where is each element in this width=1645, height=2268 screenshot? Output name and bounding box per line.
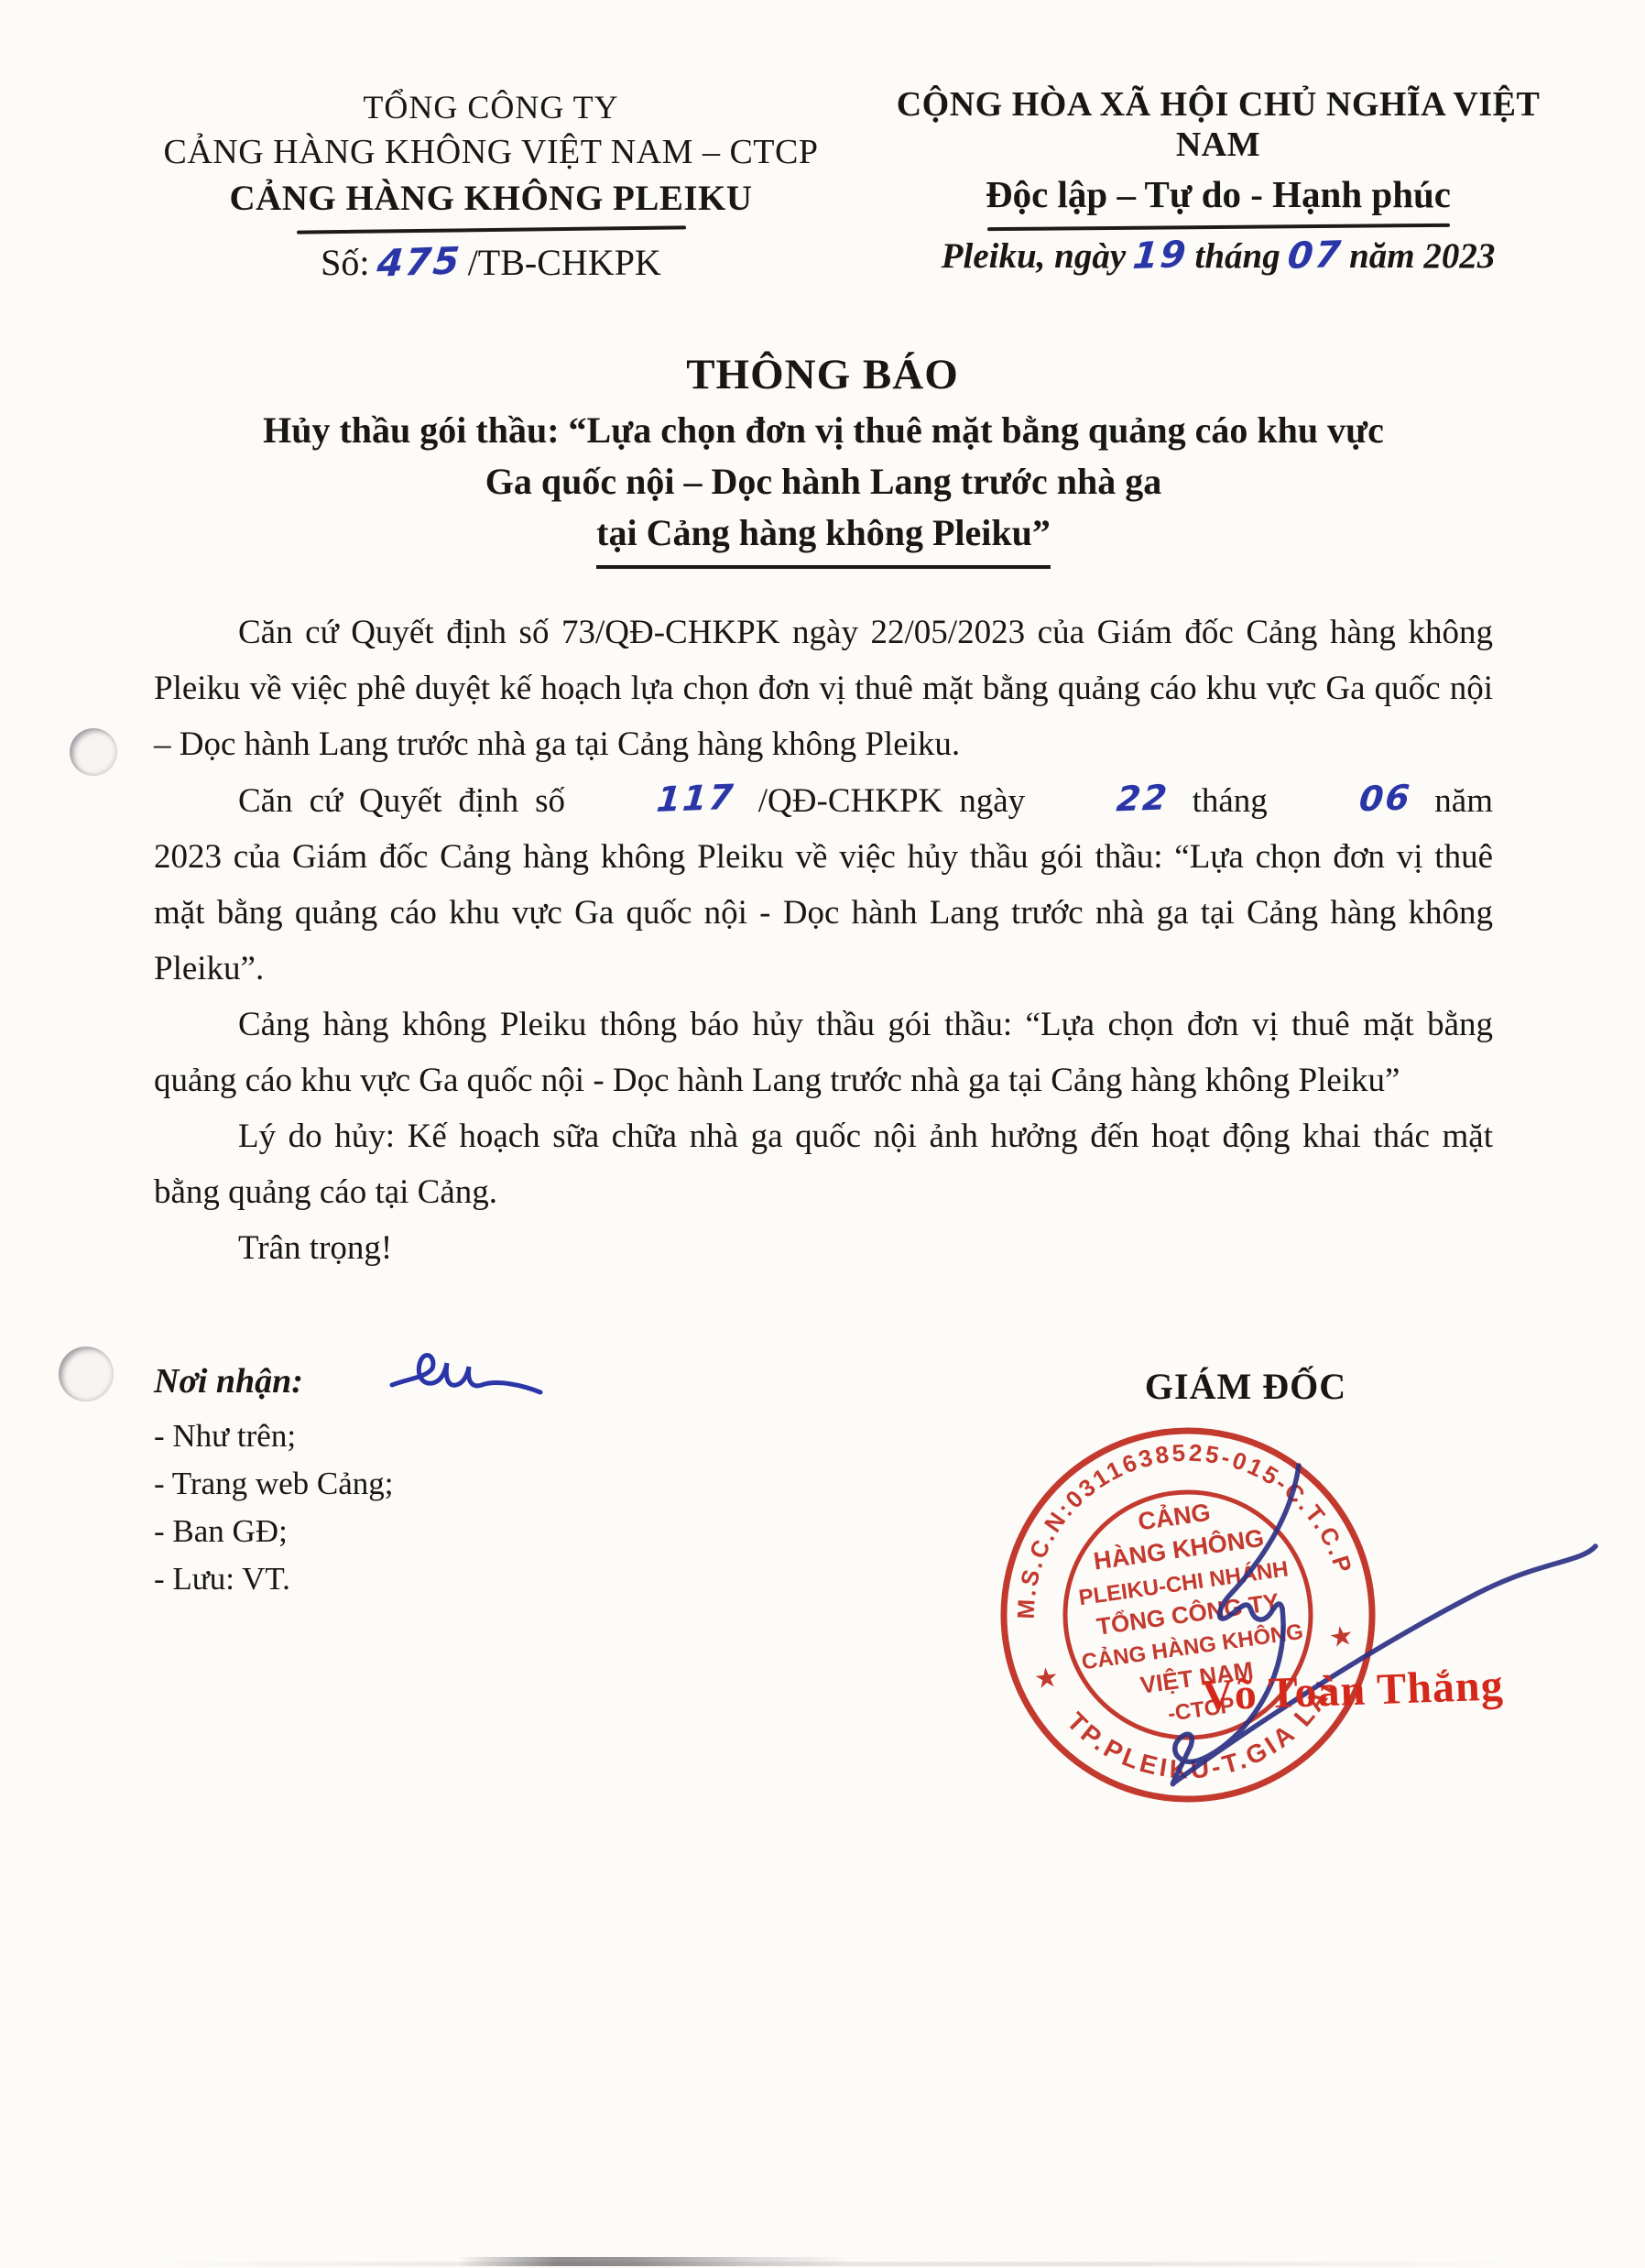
- date-thang: tháng: [1195, 236, 1280, 276]
- recipient-item: - Lưu: VT.: [154, 1555, 740, 1603]
- document-number-label: Số:: [321, 242, 369, 283]
- subtitle-line-3: tại Cảng hàng không Pleiku”: [154, 507, 1493, 569]
- issuer-airport: CẢNG HÀNG KHÔNG PLEIKU: [125, 178, 857, 219]
- seal-star-left-icon: ★: [1029, 1663, 1064, 1694]
- issuer-corporation: CẢNG HÀNG KHÔNG VIỆT NAM – CTCP: [125, 132, 857, 172]
- date-month-handwritten: 07: [1286, 234, 1345, 278]
- paragraph-announcement: Cảng hàng không Pleiku thông báo hủy thầ…: [154, 997, 1493, 1108]
- document-number-line: Số:475/TB-CHKPK: [125, 240, 857, 284]
- closing-line: Trân trọng!: [154, 1220, 1493, 1276]
- scanned-document-page: TỔNG CÔNG TY CẢNG HÀNG KHÔNG VIỆT NAM – …: [0, 0, 1645, 2268]
- signer-position-title: GIÁM ĐỐC: [1017, 1365, 1475, 1408]
- motto-underline: [986, 224, 1449, 231]
- document-title: THÔNG BÁO: [0, 350, 1645, 399]
- date-year: năm 2023: [1349, 236, 1495, 276]
- document-number-suffix: /TB-CHKPK: [468, 242, 661, 283]
- decision-day-handwritten: 22: [1029, 769, 1171, 830]
- document-subtitle: Hủy thầu gói thầu: “Lựa chọn đơn vị thuê…: [154, 405, 1493, 569]
- national-title: CỘNG HÒA XÃ HỘI CHỦ NGHĨA VIỆT NAM: [870, 84, 1566, 165]
- date-prefix: Pleiku, ngày: [942, 236, 1127, 276]
- hole-punch-artifact: [59, 1347, 114, 1401]
- national-motto: Độc lập – Tự do - Hạnh phúc: [870, 172, 1566, 216]
- recipient-item: - Như trên;: [154, 1412, 740, 1460]
- issuer-underline: [296, 225, 685, 234]
- recipients-block: Nơi nhận: - Như trên; - Trang web Cảng; …: [154, 1361, 740, 1603]
- paragraph-reason: Lý do hủy: Kế hoạch sữa chữa nhà ga quốc…: [154, 1108, 1493, 1220]
- signer-name: Võ Toàn Thắng: [1201, 1660, 1504, 1720]
- document-body: Căn cứ Quyết định số 73/QĐ-CHKPK ngày 22…: [154, 605, 1493, 1276]
- hole-punch-artifact: [70, 728, 117, 776]
- date-day-handwritten: 19: [1131, 234, 1190, 278]
- national-header-block: CỘNG HÒA XÃ HỘI CHỦ NGHĨA VIỆT NAM Độc l…: [870, 84, 1566, 229]
- decision-number-handwritten: 117: [570, 769, 737, 831]
- recipient-item: - Ban GĐ;: [154, 1508, 740, 1555]
- scan-edge-artifact: [458, 2257, 852, 2266]
- decision-month-handwritten: 06: [1272, 769, 1413, 830]
- place-date-line: Pleiku, ngày19tháng07năm 2023: [870, 234, 1566, 277]
- subtitle-line-2: Ga quốc nội – Dọc hành Lang trước nhà ga: [154, 456, 1493, 507]
- recipient-item: - Trang web Cảng;: [154, 1460, 740, 1508]
- paragraph-legal-basis-1: Căn cứ Quyết định số 73/QĐ-CHKPK ngày 22…: [154, 605, 1493, 772]
- recipients-list: - Như trên; - Trang web Cảng; - Ban GĐ; …: [154, 1412, 740, 1603]
- subtitle-line-1: Hủy thầu gói thầu: “Lựa chọn đơn vị thuê…: [154, 405, 1493, 456]
- issuer-parent-company: TỔNG CÔNG TY: [125, 88, 857, 126]
- issuer-block: TỔNG CÔNG TY CẢNG HÀNG KHÔNG VIỆT NAM – …: [125, 88, 857, 232]
- document-number-handwritten: 475: [375, 238, 463, 285]
- paraph-initials-ink: [385, 1337, 559, 1416]
- paragraph-legal-basis-2: Căn cứ Quyết định số117 /QĐ-CHKPK ngày22…: [154, 772, 1493, 997]
